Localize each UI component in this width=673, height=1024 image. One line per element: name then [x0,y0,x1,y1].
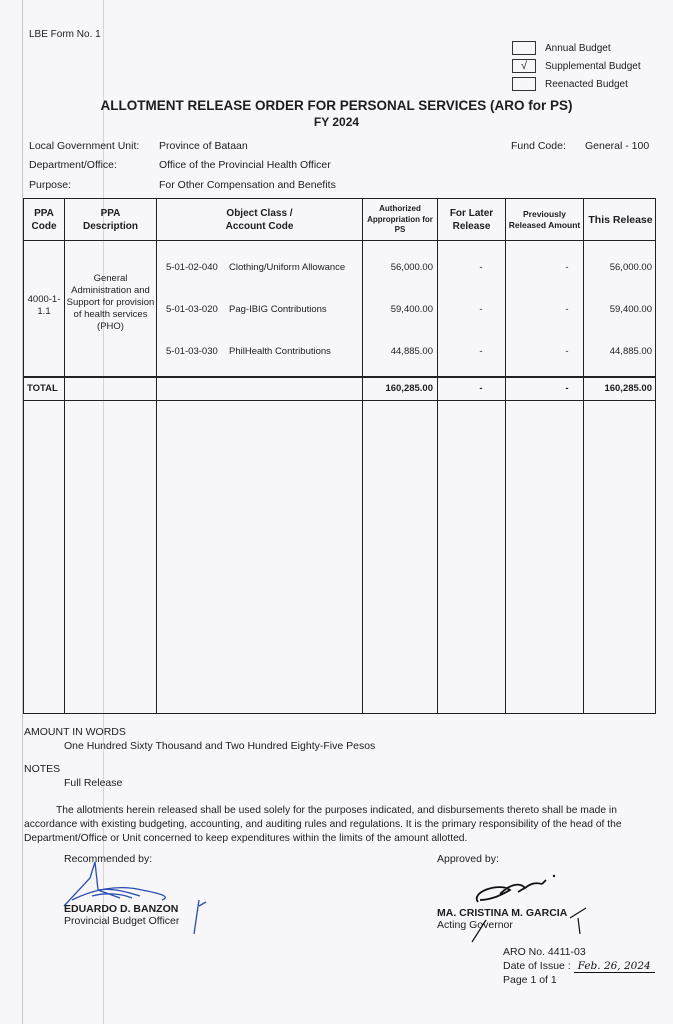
col-divider [156,199,157,713]
fund-code-value: General - 100 [585,140,649,152]
budget-option-annual[interactable]: Annual Budget [512,39,641,57]
header-object-class: Object Class /Account Code [157,199,362,241]
initial-mark-icon [190,896,210,936]
fiscal-year: FY 2024 [0,115,673,129]
authorized-amount: 56,000.00 [363,262,433,273]
recommended-by-name: EDUARDO D. BANZON [64,903,178,915]
account-name: Pag-IBIG Contributions [229,304,327,315]
checkbox-supplemental[interactable]: √ [512,59,536,73]
header-this-release: This Release [584,199,657,241]
disclaimer-paragraph: The allotments herein released shall be … [24,804,654,846]
document-title: ALLOTMENT RELEASE ORDER FOR PERSONAL SER… [0,98,673,113]
account-code: 5-01-03-030 [166,346,218,357]
checkbox-annual[interactable] [512,41,536,55]
initial-marks-icon [470,906,600,946]
recommended-by-position: Provincial Budget Officer [64,915,179,927]
budget-option-label: Reenacted Budget [545,79,628,90]
account-name: Clothing/Uniform Allowance [229,262,345,273]
budget-type-options: Annual Budget √ Supplemental Budget Reen… [512,39,641,93]
purpose-value: For Other Compensation and Benefits [159,179,336,191]
date-of-issue-value: Feb. 26, 2024 [574,960,655,973]
aro-number: ARO No. 4411-03 [503,946,586,958]
ppa-code: 4000-1-1.1 [24,294,64,318]
date-of-issue: Date of Issue : Feb. 26, 2024 [503,960,655,972]
approved-by-label: Approved by: [437,853,499,865]
amount-in-words-value: One Hundred Sixty Thousand and Two Hundr… [64,740,375,752]
budget-option-label: Annual Budget [545,43,611,54]
row-divider [24,376,655,378]
account-name: PhilHealth Contributions [229,346,331,357]
checkbox-reenacted[interactable] [512,77,536,91]
budget-option-supplemental[interactable]: √ Supplemental Budget [512,57,641,75]
this-release-amount: 56,000.00 [584,262,652,273]
header-ppa-description: PPADescription [65,199,156,241]
lgu-label: Local Government Unit: [29,140,139,152]
for-later-amount: - [476,346,486,357]
row-divider [24,400,655,401]
budget-option-label: Supplemental Budget [545,61,641,72]
department-label: Department/Office: [29,159,117,171]
notes-label: NOTES [24,763,60,775]
total-for-later: - [476,383,486,394]
allotment-table: PPACode PPADescription Object Class /Acc… [23,198,656,714]
total-label: TOTAL [27,383,58,394]
header-ppa-code: PPACode [24,199,64,241]
purpose-label: Purpose: [29,179,71,191]
form-number: LBE Form No. 1 [29,29,101,40]
ppa-description: General Administration and Support for p… [65,273,156,333]
for-later-amount: - [476,304,486,315]
page-indicator: Page 1 of 1 [503,974,557,986]
header-previously-released: PreviouslyReleased Amount [506,199,583,241]
this-release-amount: 44,885.00 [584,346,652,357]
header-authorized: AuthorizedAppropriation for PS [363,199,437,241]
authorized-amount: 59,400.00 [363,304,433,315]
col-divider [362,199,363,713]
for-later-amount: - [476,262,486,273]
authorized-amount: 44,885.00 [363,346,433,357]
this-release-amount: 59,400.00 [584,304,652,315]
previously-released-amount: - [562,262,572,273]
fund-code-label: Fund Code: [511,140,566,152]
total-this-release: 160,285.00 [584,383,652,394]
previously-released-amount: - [562,304,572,315]
col-divider [437,199,438,713]
account-code: 5-01-02-040 [166,262,218,273]
department-value: Office of the Provincial Health Officer [159,159,331,171]
header-for-later-release: For LaterRelease [438,199,505,241]
budget-option-reenacted[interactable]: Reenacted Budget [512,75,641,93]
total-previously-released: - [562,383,572,394]
account-code: 5-01-03-020 [166,304,218,315]
lgu-value: Province of Bataan [159,140,248,152]
previously-released-amount: - [562,346,572,357]
notes-value: Full Release [64,777,122,789]
total-authorized: 160,285.00 [363,383,433,394]
col-divider [583,199,584,713]
date-of-issue-label: Date of Issue : [503,960,571,972]
amount-in-words-label: AMOUNT IN WORDS [24,726,126,738]
col-divider [505,199,506,713]
